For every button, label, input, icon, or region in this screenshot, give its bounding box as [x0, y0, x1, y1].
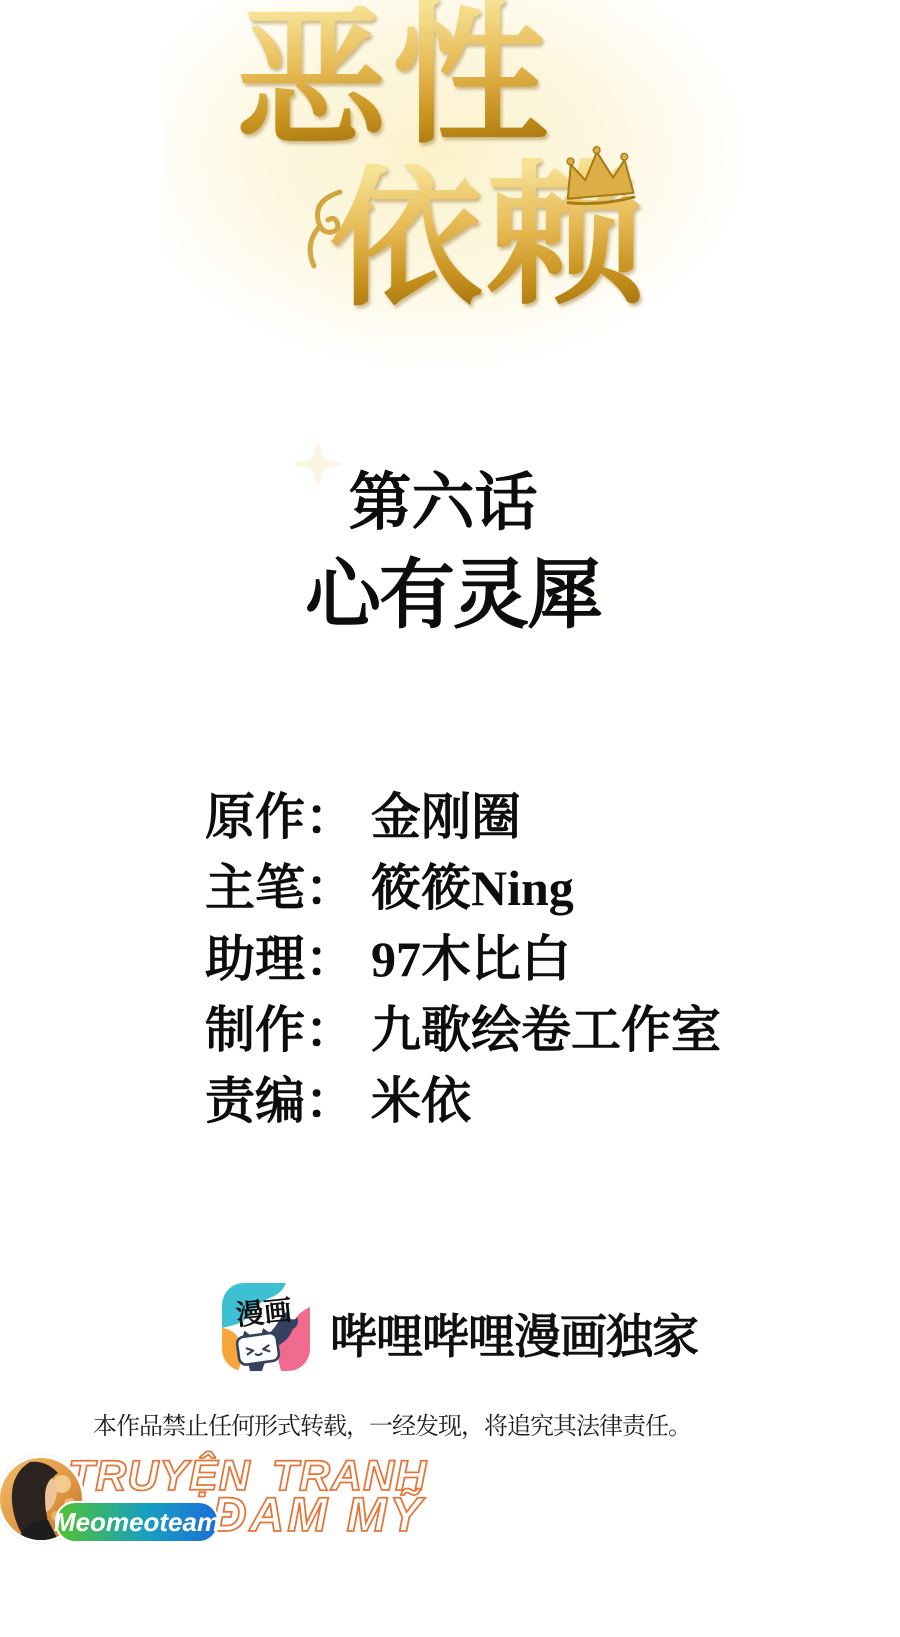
credit-role: 原作 [205, 789, 305, 845]
series-title-char-1: 恶 [236, 6, 386, 156]
series-title-char-2: 性 [392, 0, 548, 154]
credits-list: 原作：金刚圈 主笔：筱筱Ning 助理：97木比白 制作：九歌绘卷工作室 责编：… [205, 782, 721, 1137]
bilibili-comics-app-icon: 漫画 [222, 1283, 310, 1371]
crown-icon [556, 146, 642, 208]
credit-row-editor: 责编：米依 [205, 1066, 721, 1137]
series-title-char-3: 依 [330, 164, 482, 316]
sparkle-icon [292, 438, 344, 490]
credit-colon: ： [305, 860, 355, 916]
credit-role: 责编 [205, 1073, 305, 1129]
credit-colon: ： [305, 789, 355, 845]
credit-colon: ： [305, 1002, 355, 1058]
app-icon-label: 漫画 [234, 1294, 293, 1332]
credit-role: 主笔 [205, 860, 305, 916]
episode-number: 第六话 [349, 452, 538, 543]
credit-colon: ： [305, 1073, 355, 1129]
credit-row-production: 制作：九歌绘卷工作室 [205, 995, 721, 1066]
credit-row-original: 原作：金刚圈 [205, 782, 721, 853]
credit-name: 97木比白 [371, 931, 571, 987]
disclaimer-text: 本作品禁止任何形式转载，一经发现，将追究其法律责任。 [0, 1406, 784, 1441]
credit-colon: ： [305, 931, 355, 987]
watermark-line2: ĐAM MỸ [212, 1488, 425, 1543]
flourish-icon [300, 186, 346, 270]
credit-name: 米依 [371, 1073, 471, 1129]
team-badge: Meomeoteam [55, 1501, 219, 1543]
chapter-title: 心有灵犀 [305, 534, 601, 643]
credit-name: 金刚圈 [371, 789, 521, 845]
credit-name: 筱筱Ning [371, 860, 574, 916]
credit-role: 助理 [205, 931, 305, 987]
credit-row-assistant: 助理：97木比白 [205, 924, 721, 995]
credit-name: 九歌绘卷工作室 [371, 1002, 721, 1058]
credit-row-artist: 主笔：筱筱Ning [205, 853, 721, 924]
team-name: Meomeoteam [54, 1507, 220, 1538]
publisher-exclusive-label: 哔哩哔哩漫画独家 [330, 1300, 698, 1367]
credit-role: 制作 [205, 1002, 305, 1058]
